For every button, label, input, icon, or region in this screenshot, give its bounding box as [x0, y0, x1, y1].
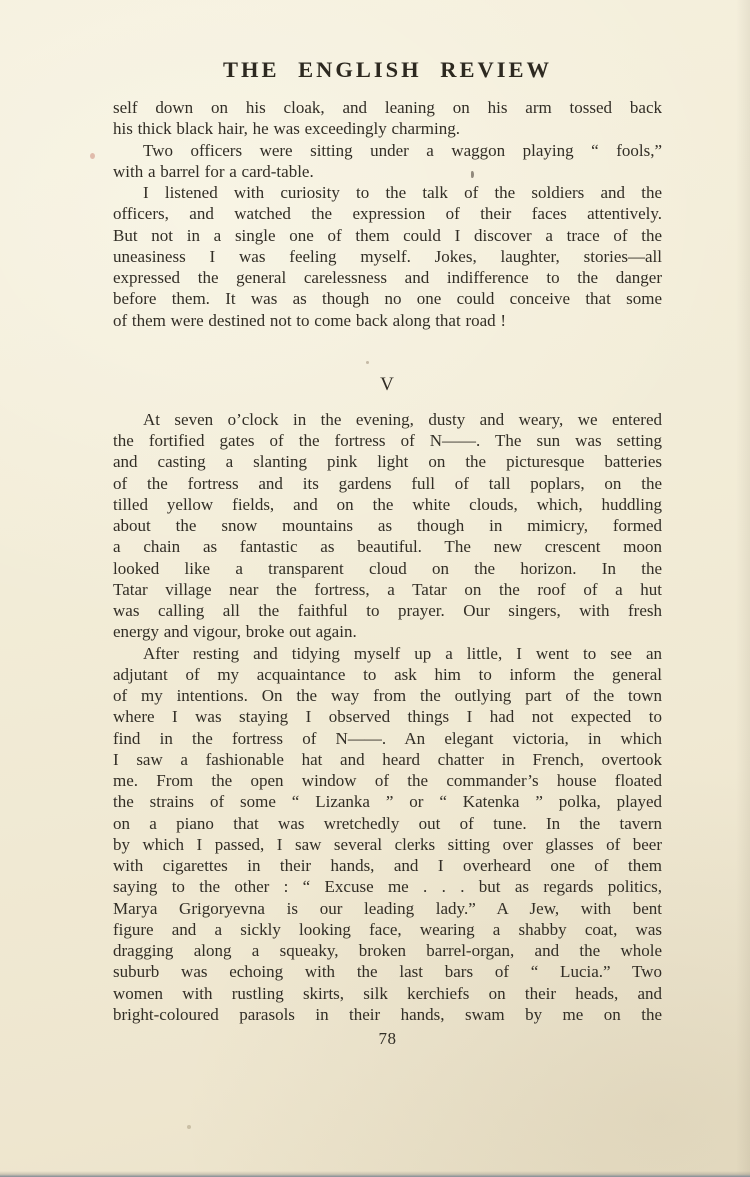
- text-line: before them. It was as though no one cou…: [113, 288, 662, 309]
- text-line: of the fortress and its gardens full of …: [113, 473, 662, 494]
- text-line: where I was staying I observed things I …: [113, 706, 662, 727]
- text-line: adjutant of my acquaintance to ask him t…: [113, 664, 662, 685]
- text-line: was calling all the faithful to prayer. …: [113, 600, 662, 621]
- paper-speck: [187, 1125, 191, 1129]
- text-line: saying to the other : “ Excuse me . . . …: [113, 876, 662, 897]
- text-line: But not in a single one of them could I …: [113, 225, 662, 246]
- text-line: expressed the general carelessness and i…: [113, 267, 662, 288]
- journal-header: THE ENGLISH REVIEW: [113, 57, 662, 83]
- text-line: of my intentions. On the way from the ou…: [113, 685, 662, 706]
- text-line: and casting a slanting pink light on the…: [113, 451, 662, 472]
- text-line: about the snow mountains as though in mi…: [113, 515, 662, 536]
- text-line: the strains of some “ Lizanka ” or “ Kat…: [113, 791, 662, 812]
- text-line: of them were destined not to come back a…: [113, 310, 662, 331]
- text-line: looked like a transparent cloud on the h…: [113, 558, 662, 579]
- text-line: self down on his cloak, and leaning on h…: [113, 97, 662, 118]
- page-edge-shadow: [736, 0, 750, 1177]
- paragraph: After resting and tidying myself up a li…: [113, 643, 662, 1026]
- bottom-scan-edge: [0, 1171, 750, 1177]
- text-line: a chain as fantastic as beautiful. The n…: [113, 536, 662, 557]
- text-line: on a piano that was wretchedly out of tu…: [113, 813, 662, 834]
- text-line: officers, and watched the expression of …: [113, 203, 662, 224]
- text-line: me. From the open window of the commande…: [113, 770, 662, 791]
- section-heading: V: [113, 374, 662, 396]
- page-body: self down on his cloak, and leaning on h…: [113, 97, 662, 1049]
- text-line: the fortified gates of the fortress of N…: [113, 430, 662, 451]
- text-line: with a barrel for a card-table.: [113, 161, 662, 182]
- paragraph: Two officers were sitting under a waggon…: [113, 140, 662, 183]
- text-line: At seven o’clock in the evening, dusty a…: [113, 409, 662, 430]
- text-line: I listened with curiosity to the talk of…: [113, 182, 662, 203]
- text-line: bright-coloured parasols in their hands,…: [113, 1004, 662, 1025]
- text-line: find in the fortress of N——. An elegant …: [113, 728, 662, 749]
- text-line: suburb was echoing with the last bars of…: [113, 961, 662, 982]
- text-line: After resting and tidying myself up a li…: [113, 643, 662, 664]
- text-line: by which I passed, I saw several clerks …: [113, 834, 662, 855]
- text-line: with cigarettes in their hands, and I ov…: [113, 855, 662, 876]
- page-number: 78: [113, 1028, 662, 1049]
- text-line: Marya Grigoryevna is our leading lady.” …: [113, 898, 662, 919]
- paper-speck: [90, 153, 95, 159]
- text-line: his thick black hair, he was exceedingly…: [113, 118, 662, 139]
- text-line: tilled yellow fields, and on the white c…: [113, 494, 662, 515]
- text-line: uneasiness I was feeling myself. Jokes, …: [113, 246, 662, 267]
- text-line: Tatar village near the fortress, a Tatar…: [113, 579, 662, 600]
- scan-page: THE ENGLISH REVIEW self down on his cloa…: [0, 0, 750, 1177]
- text-line: Two officers were sitting under a waggon…: [113, 140, 662, 161]
- text-line: women with rustling skirts, silk kerchie…: [113, 983, 662, 1004]
- text-line: energy and vigour, broke out again.: [113, 621, 662, 642]
- text-line: dragging along a squeaky, broken barrel-…: [113, 940, 662, 961]
- paragraph: I listened with curiosity to the talk of…: [113, 182, 662, 331]
- paragraph: self down on his cloak, and leaning on h…: [113, 97, 662, 140]
- text-line: figure and a sickly looking face, wearin…: [113, 919, 662, 940]
- paragraph: At seven o’clock in the evening, dusty a…: [113, 409, 662, 643]
- text-line: I saw a fashionable hat and heard chatte…: [113, 749, 662, 770]
